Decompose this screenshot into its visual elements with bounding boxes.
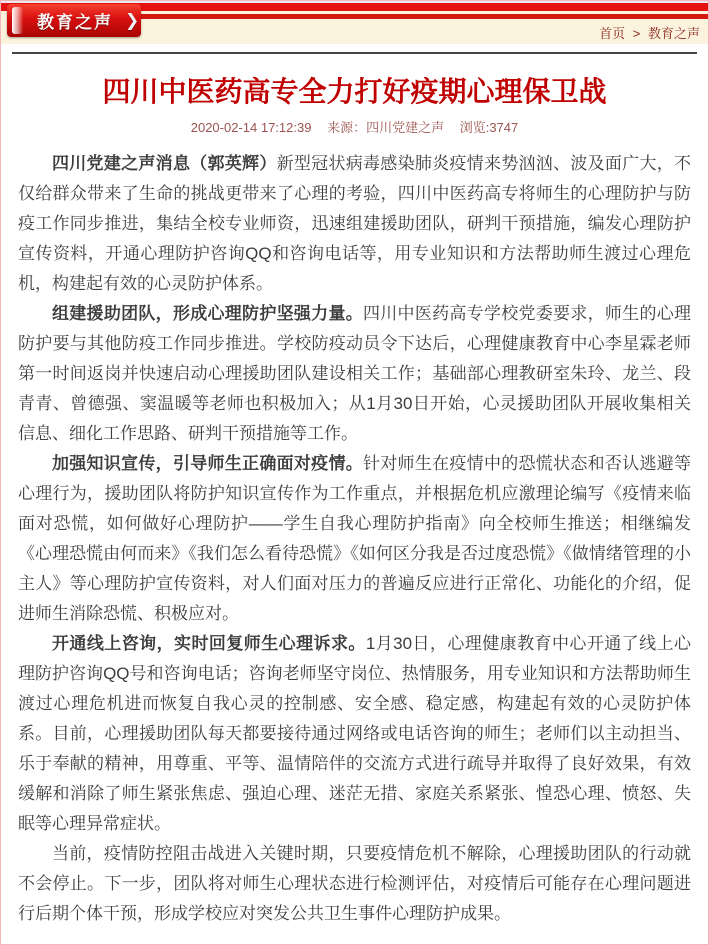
chevron-right-icon: ❯ (125, 11, 139, 31)
paragraph-text: 四川中医药高专学校党委要求，师生的心理防护要与其他防疫工作同步推进。学校防疫动员… (18, 304, 691, 443)
paragraph: 当前，疫情防控阻击战进入关键时期，只要疫情危机不解除，心理援助团队的行动就不会停… (18, 839, 691, 929)
paragraph: 开通线上咨询，实时回复师生心理诉求。1月30日，心理健康教育中心开通了线上心理防… (18, 629, 691, 839)
meta-source: 来源：四川党建之声 (327, 120, 444, 135)
article-meta: 2020-02-14 17:12:39 来源：四川党建之声 浏览:3747 (1, 117, 708, 136)
section-tab-label: 教育之声 (37, 8, 113, 33)
section-tab-education-voice[interactable]: 教育之声 ❯ (7, 4, 141, 37)
meta-datetime: 2020-02-14 17:12:39 (191, 120, 312, 135)
tab-shine-decoration (12, 7, 23, 34)
breadcrumb-home-link[interactable]: 首页 (599, 26, 625, 41)
page: 教育之声 ❯ 首页 > 教育之声 四川中医药高专全力打好疫期心理保卫战 2020… (0, 0, 709, 945)
paragraph-lead: 组建援助团队，形成心理防护坚强力量。 (52, 304, 363, 323)
breadcrumb: 首页 > 教育之声 (599, 23, 700, 42)
breadcrumb-separator: > (633, 26, 641, 41)
paragraph-text: 针对师生在疫情中的恐慌状态和否认逃避等心理行为，援助团队将防护知识宣传作为工作重… (18, 454, 691, 623)
paragraph: 四川党建之声消息（郭英辉）新型冠状病毒感染肺炎疫情来势汹汹、波及面广大，不仅给群… (18, 149, 691, 299)
paragraph-lead: 加强知识宣传，引导师生正确面对疫情。 (52, 454, 363, 473)
paragraph-lead: 四川党建之声消息（郭英辉） (52, 154, 277, 173)
paragraph-text: 1月30日，心理健康教育中心开通了线上心理防护咨询QQ号和咨询电话；咨询老师坚守… (18, 634, 691, 833)
header-divider (12, 52, 697, 54)
paragraph: 加强知识宣传，引导师生正确面对疫情。针对师生在疫情中的恐慌状态和否认逃避等心理行… (18, 449, 691, 629)
article-body: 四川党建之声消息（郭英辉）新型冠状病毒感染肺炎疫情来势汹汹、波及面广大，不仅给群… (1, 136, 708, 929)
page-header: 教育之声 ❯ 首页 > 教育之声 (1, 1, 708, 44)
article: 四川中医药高专全力打好疫期心理保卫战 2020-02-14 17:12:39 来… (1, 76, 708, 929)
meta-views: 浏览:3747 (460, 120, 519, 135)
page-title: 四川中医药高专全力打好疫期心理保卫战 (21, 76, 688, 108)
breadcrumb-current-link[interactable]: 教育之声 (648, 26, 700, 41)
paragraph: 组建援助团队，形成心理防护坚强力量。四川中医药高专学校党委要求，师生的心理防护要… (18, 299, 691, 449)
paragraph-text: 新型冠状病毒感染肺炎疫情来势汹汹、波及面广大，不仅给群众带来了生命的挑战更带来了… (18, 154, 691, 293)
red-stripe-second (139, 14, 708, 19)
paragraph-text: 当前，疫情防控阻击战进入关键时期，只要疫情危机不解除，心理援助团队的行动就不会停… (18, 844, 691, 923)
paragraph-lead: 开通线上咨询，实时回复师生心理诉求。 (52, 634, 366, 653)
